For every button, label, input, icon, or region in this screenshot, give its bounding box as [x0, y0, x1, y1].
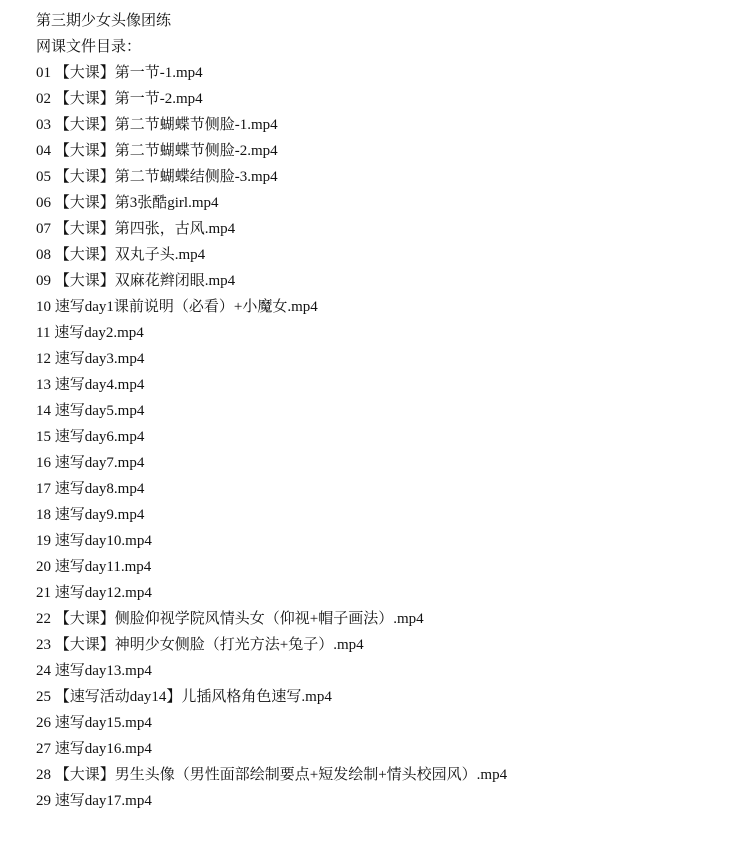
- file-item: 18 速写day9.mp4: [36, 502, 507, 528]
- file-item: 12 速写day3.mp4: [36, 346, 507, 372]
- file-item: 03 【大课】第二节蝴蝶节侧脸-1.mp4: [36, 112, 507, 138]
- file-item: 05 【大课】第二节蝴蝶结侧脸-3.mp4: [36, 164, 507, 190]
- file-item: 27 速写day16.mp4: [36, 736, 507, 762]
- file-item: 21 速写day12.mp4: [36, 580, 507, 606]
- file-item: 11 速写day2.mp4: [36, 320, 507, 346]
- document-body: 第三期少女头像团练 网课文件目录： 01 【大课】第一节-1.mp4 02 【大…: [36, 8, 507, 814]
- document-title: 第三期少女头像团练: [36, 8, 507, 34]
- file-item: 07 【大课】第四张，古风.mp4: [36, 216, 507, 242]
- file-item: 26 速写day15.mp4: [36, 710, 507, 736]
- file-item: 20 速写day11.mp4: [36, 554, 507, 580]
- file-item: 16 速写day7.mp4: [36, 450, 507, 476]
- file-item: 19 速写day10.mp4: [36, 528, 507, 554]
- file-item: 25 【速写活动day14】儿插风格角色速写.mp4: [36, 684, 507, 710]
- file-item: 10 速写day1课前说明（必看）+小魔女.mp4: [36, 294, 507, 320]
- file-item: 23 【大课】神明少女侧脸（打光方法+兔子）.mp4: [36, 632, 507, 658]
- file-list: 01 【大课】第一节-1.mp4 02 【大课】第一节-2.mp4 03 【大课…: [36, 60, 507, 814]
- directory-heading: 网课文件目录：: [36, 34, 507, 60]
- file-item: 08 【大课】双丸子头.mp4: [36, 242, 507, 268]
- file-item: 22 【大课】侧脸仰视学院风情头女（仰视+帽子画法）.mp4: [36, 606, 507, 632]
- file-item: 15 速写day6.mp4: [36, 424, 507, 450]
- file-item: 13 速写day4.mp4: [36, 372, 507, 398]
- file-item: 17 速写day8.mp4: [36, 476, 507, 502]
- file-item: 09 【大课】双麻花辫闭眼.mp4: [36, 268, 507, 294]
- file-item: 02 【大课】第一节-2.mp4: [36, 86, 507, 112]
- file-item: 04 【大课】第二节蝴蝶节侧脸-2.mp4: [36, 138, 507, 164]
- file-item: 24 速写day13.mp4: [36, 658, 507, 684]
- file-item: 29 速写day17.mp4: [36, 788, 507, 814]
- file-item: 01 【大课】第一节-1.mp4: [36, 60, 507, 86]
- file-item: 14 速写day5.mp4: [36, 398, 507, 424]
- file-item: 28 【大课】男生头像（男性面部绘制要点+短发绘制+情头校园风）.mp4: [36, 762, 507, 788]
- file-item: 06 【大课】第3张酷girl.mp4: [36, 190, 507, 216]
